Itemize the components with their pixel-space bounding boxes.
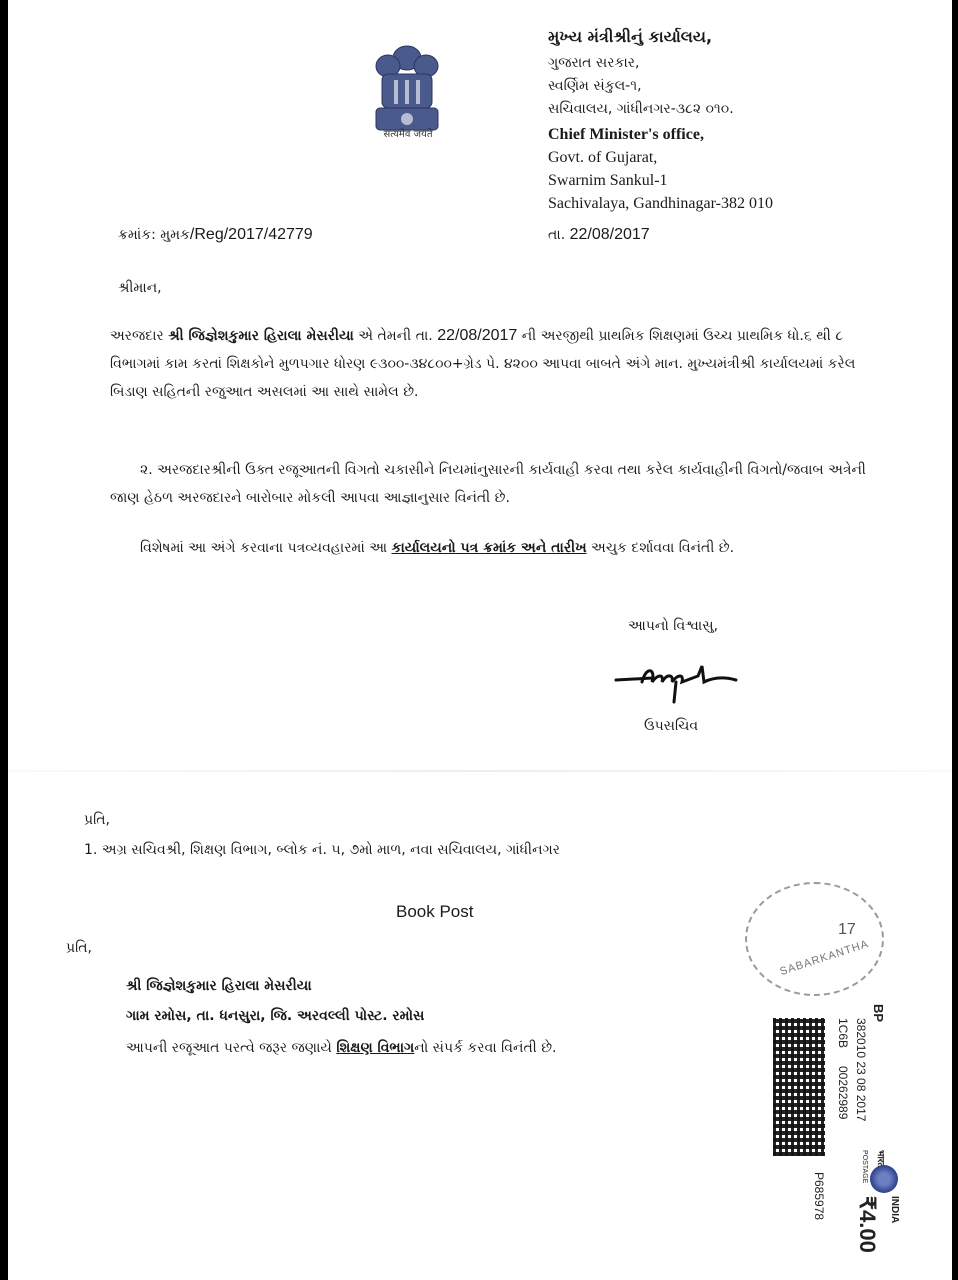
note-text-b: નો સંપર્ક કરવા વિનંતી છે. <box>414 1040 556 1056</box>
note-department: શિક્ષણ વિભાગ <box>336 1040 414 1056</box>
copy-to-item: 1. અગ્ર સચિવશ્રી, શિક્ષણ વિભાગ, બ્લોક નં… <box>84 842 560 858</box>
recipient-label: પ્રતિ, <box>66 940 92 956</box>
emblem-motto: सत्यमेव जयते <box>360 126 456 140</box>
paragraph-3: વિશેષમાં આ અંગે કરવાના પત્રવ્યવહારમાં આ … <box>110 534 870 562</box>
franking-id: P685978 <box>812 1172 826 1220</box>
paper-fold <box>8 770 952 772</box>
salutation: શ્રીમાન, <box>118 280 162 296</box>
p1-text-a: અરજદાર <box>110 328 168 344</box>
paragraph-2: ૨. અરજદારશ્રીની ઉક્ત રજૂઆતની વિગતો ચકાસી… <box>110 456 870 512</box>
franking-amount: ₹4.00 <box>854 1196 880 1253</box>
franking-country: INDIA <box>889 1196 900 1223</box>
building-english: Swarnim Sankul-1 <box>548 170 668 192</box>
date-value: 22/08/2017 <box>570 226 650 243</box>
closing-yours: આપનો વિશ્વાસુ, <box>628 618 718 634</box>
book-post-label: Book Post <box>396 902 474 922</box>
office-title-gujarati: મુખ્ય મંત્રીશ્રીનું કાર્યાલય, <box>548 26 712 48</box>
franking-line1: 382010 23 08 2017 <box>854 1018 868 1121</box>
scan-border-left <box>0 0 8 1280</box>
address-english: Sachivalaya, Gandhinagar-382 010 <box>548 193 773 215</box>
p3-text-b: અચુક દર્શાવવા વિનંતી છે. <box>587 540 734 556</box>
address-gujarati: સચિવાલય, ગાંધીનગર-૩૮૨ ૦૧૦. <box>548 98 734 120</box>
franking-serial: 00262989 <box>836 1066 850 1119</box>
franking-barcode <box>773 1018 825 1156</box>
note-text-a: આપની રજૂઆત પરત્વે જરૂર જણાયે <box>126 1040 336 1056</box>
letter-date: તા. 22/08/2017 <box>548 226 650 244</box>
govt-english: Govt. of Gujarat, <box>548 147 657 169</box>
p3-underlined: કાર્યાલયનો પત્ર ક્રમાંક અને તારીખ <box>391 540 586 556</box>
p3-text-a: વિશેષમાં આ અંગે કરવાના પત્રવ્યવહારમાં આ <box>140 540 391 556</box>
franking-code: 1C6B <box>836 1018 850 1048</box>
signatory-designation: ઉપસચિવ <box>644 718 698 734</box>
signature <box>612 652 752 712</box>
application-date: 22/08/2017 <box>437 327 517 344</box>
postmark-date: 17 <box>838 921 856 939</box>
reference-label: ક્રમાંક: <box>118 227 156 243</box>
franking-postage-label: POSTAGE <box>861 1150 868 1183</box>
applicant-name: શ્રી જિજ્ઞેશકુમાર હિરાલા મેસરીયા <box>168 328 354 344</box>
recipient-address: ગામ રમોસ, તા. ધનસુરા, જિ. અરવલ્લી પોસ્ટ.… <box>126 1008 424 1024</box>
govt-gujarati: ગુજરાત સરકાર, <box>548 52 639 74</box>
scan-border-right <box>952 0 958 1280</box>
reference-number: ક્રમાંક: મુમક/Reg/2017/42779 <box>118 226 313 244</box>
paragraph-1: અરજદાર શ્રી જિજ્ઞેશકુમાર હિરાલા મેસરીયા … <box>110 322 870 406</box>
building-gujarati: સ્વર્ણિમ સંકુલ-૧, <box>548 75 642 97</box>
reference-code: /Reg/2017/42779 <box>190 226 313 243</box>
copy-to-label: પ્રતિ, <box>84 812 110 828</box>
recipient-note: આપની રજૂઆત પરત્વે જરૂર જણાયે શિક્ષણ વિભા… <box>126 1040 556 1056</box>
reference-prefix: મુમક <box>160 227 190 243</box>
postage-seal-icon <box>870 1165 898 1193</box>
recipient-name: શ્રી જિજ્ઞેશકુમાર હિરાલા મેસરીયા <box>126 978 312 994</box>
franking-type: BP <box>871 1004 886 1022</box>
office-title-english: Chief Minister's office, <box>548 124 704 146</box>
date-label: તા. <box>548 227 565 243</box>
p1-text-b: એ તેમની તા. <box>354 328 437 344</box>
